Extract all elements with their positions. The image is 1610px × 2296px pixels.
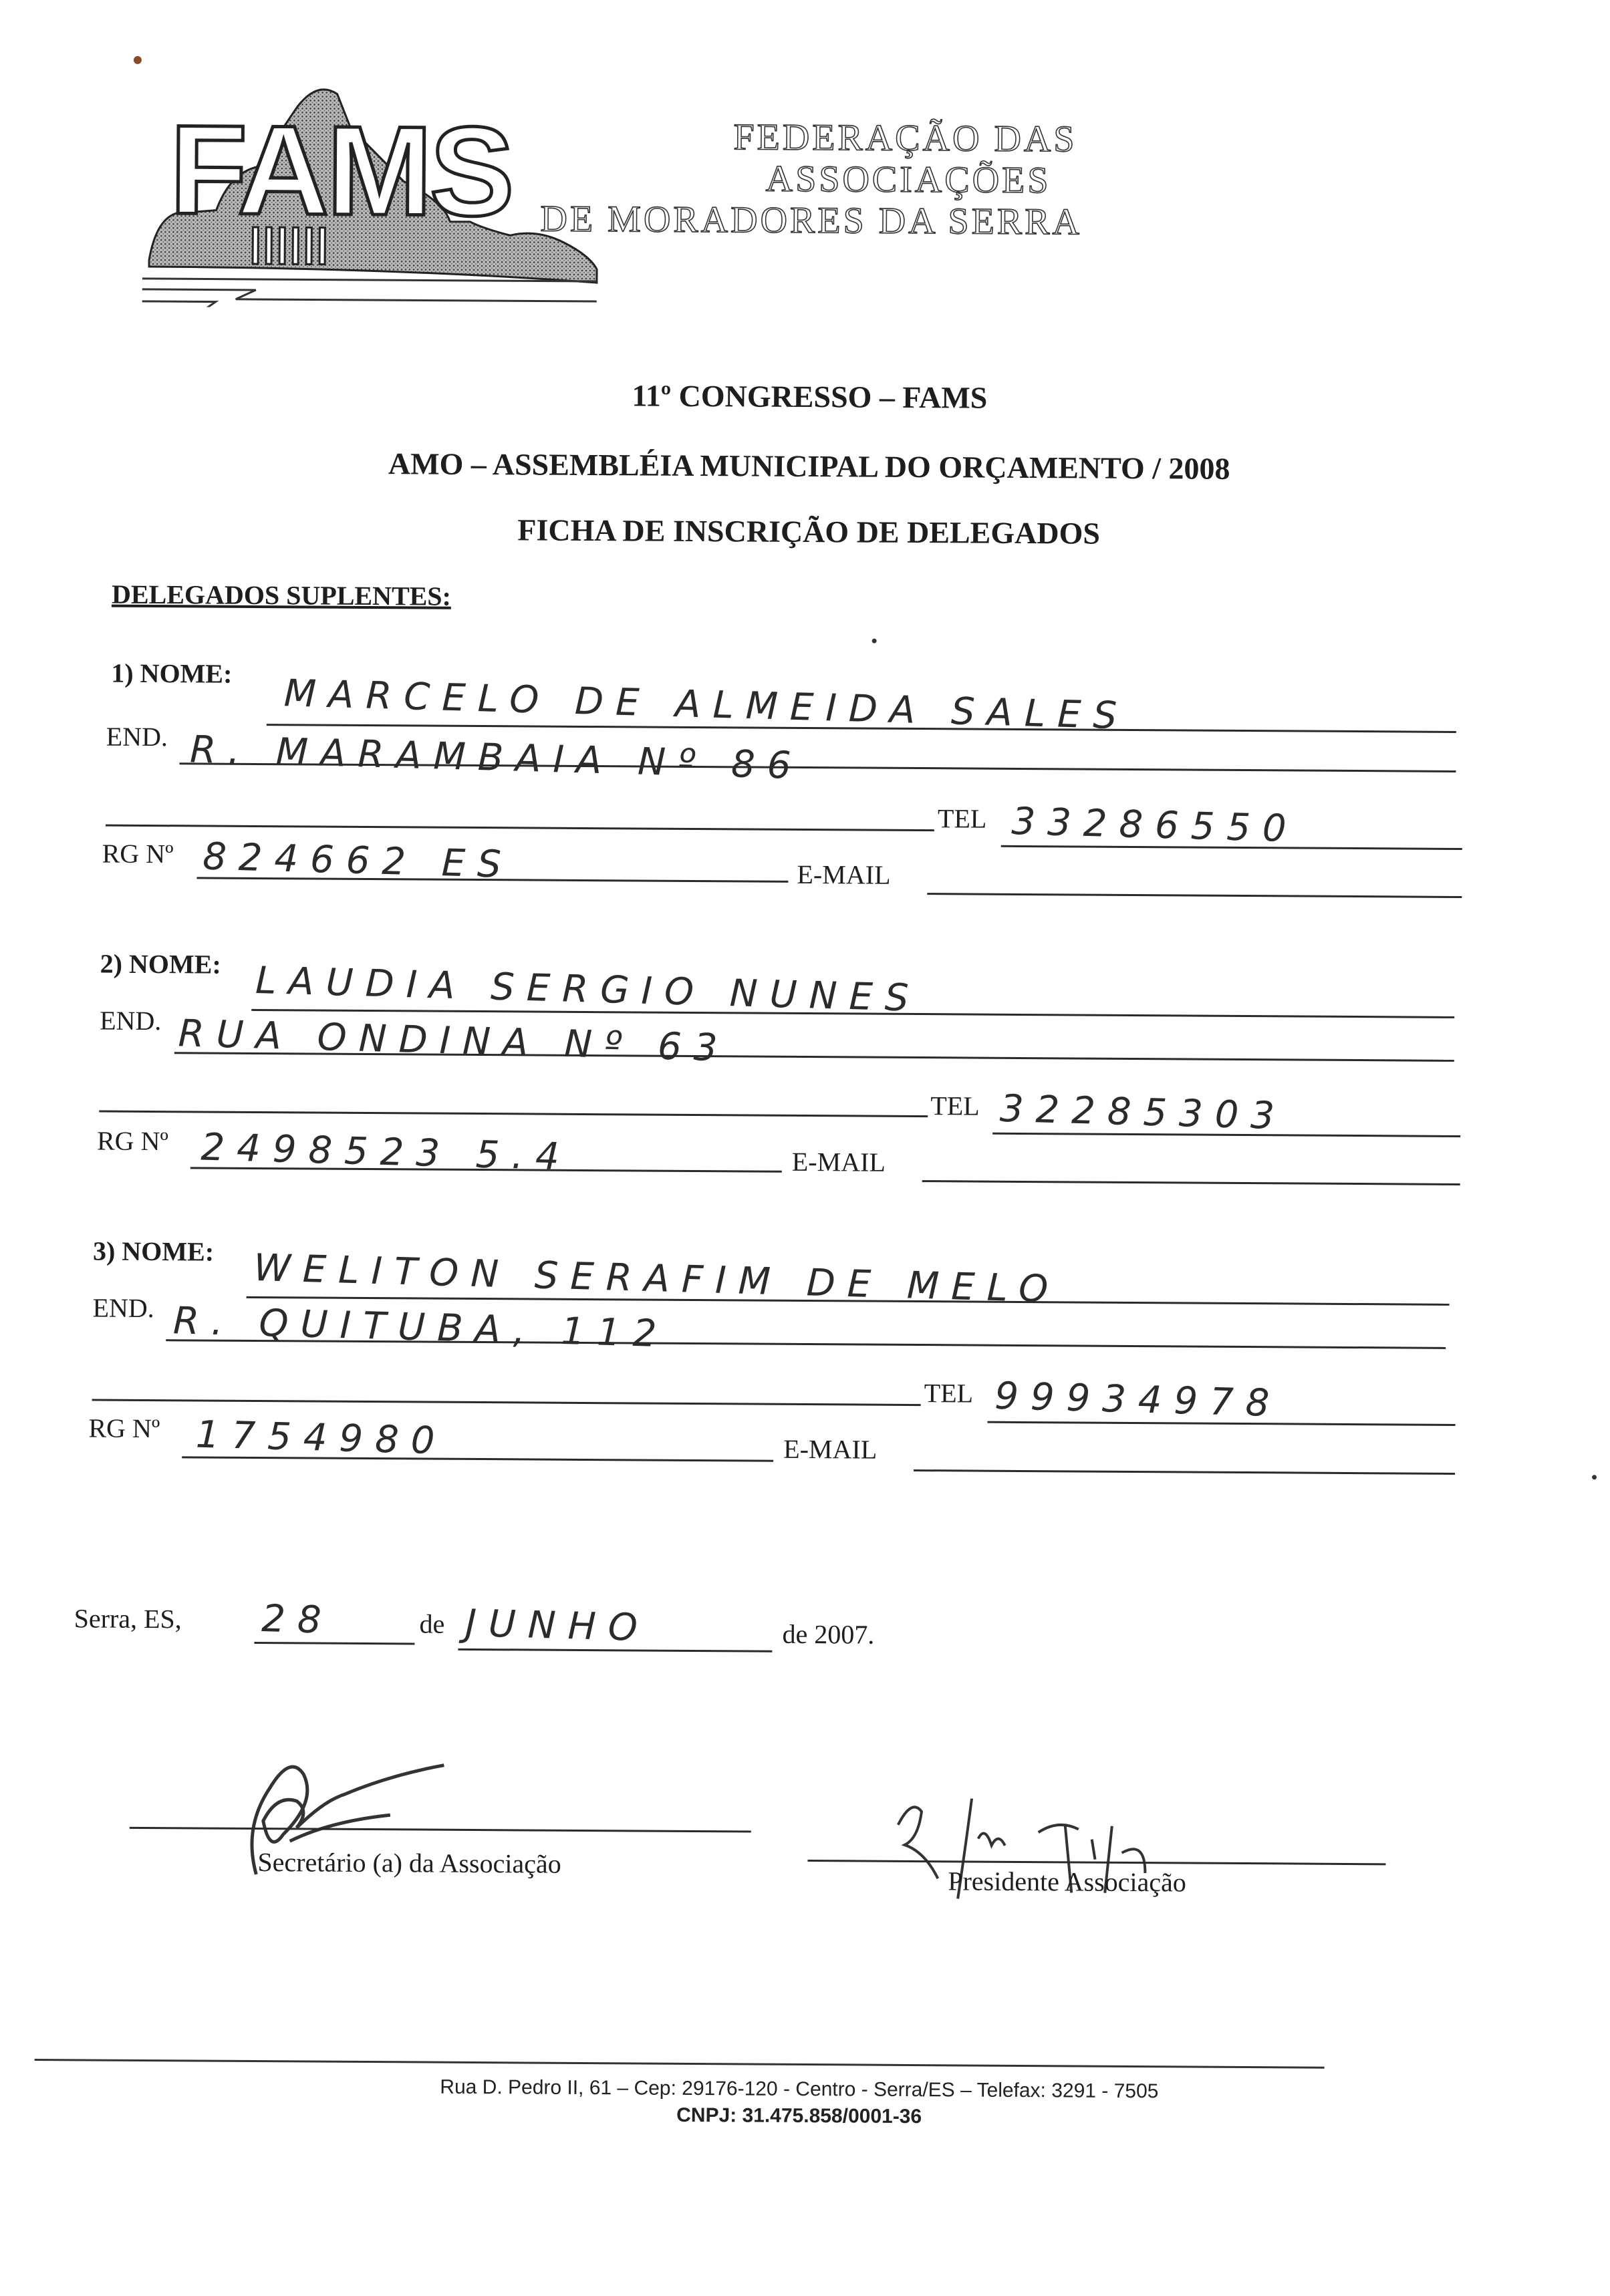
name-label: 3) NOME:: [93, 1235, 214, 1267]
tel-field[interactable]: 32285303: [999, 1087, 1287, 1139]
tel-label: TEL: [938, 803, 987, 834]
name-field[interactable]: WELITON SERAFIM DE MELO: [253, 1246, 1061, 1312]
footer-divider: [35, 2059, 1325, 2069]
address-field[interactable]: RUA ONDINA Nº 63: [178, 1012, 730, 1070]
scan-speck: [1592, 1475, 1597, 1479]
address-label: END.: [92, 1292, 154, 1324]
assembly-title: AMO – ASSEMBLÉIA MUNICIPAL DO ORÇAMENTO …: [4, 446, 1610, 487]
form-title: FICHA DE INSCRIÇÃO DE DELEGADOS: [4, 512, 1610, 553]
rg-field[interactable]: 1754980: [195, 1413, 447, 1463]
organization-name: FEDERAÇÃO DAS ASSOCIAÇÕES DE MORADORES D…: [593, 116, 1083, 243]
org-name-line: ASSOCIAÇÕES: [734, 158, 1083, 201]
date-line: Serra, ES, 28 de JUNHO de 2007.: [7, 0, 1610, 5]
address-field[interactable]: R. QUITUBA, 112: [172, 1299, 669, 1356]
date-prefix: Serra, ES,: [74, 1602, 182, 1634]
tel-label: TEL: [930, 1090, 980, 1121]
delegate-block-1: 1) NOME: MARCELO DE ALMEIDA SALES END. R…: [7, 0, 1610, 5]
address-field[interactable]: R. MARAMBAIA Nº 86: [189, 728, 803, 788]
address-line-2: [99, 1111, 928, 1118]
email-label: E-MAIL: [783, 1433, 877, 1465]
fams-logo: FAMS: [136, 66, 645, 323]
name-label: 1) NOME:: [111, 658, 232, 690]
registration-form-page: FAMS FEDERAÇÃO DAS ASSOCIAÇÕES DE MORADO…: [0, 0, 1610, 2296]
month-field[interactable]: JUNHO: [464, 1602, 650, 1650]
scan-speck: [872, 639, 877, 643]
rg-field[interactable]: 2498523 5.4: [200, 1125, 572, 1179]
rg-label: RG Nº: [102, 838, 174, 870]
document-titles: 11º CONGRESSO – FAMS AMO – ASSEMBLÉIA MU…: [5, 366, 1610, 376]
email-label: E-MAIL: [797, 859, 890, 891]
address-line-2: [92, 1399, 921, 1406]
rg-label: RG Nº: [88, 1412, 160, 1444]
email-field[interactable]: [914, 1469, 1455, 1475]
congress-title: 11º CONGRESSO – FAMS: [5, 377, 1610, 418]
signature-area: Secretário (a) da Associação Presidente …: [7, 0, 1610, 5]
email-field[interactable]: [922, 1180, 1460, 1185]
email-field[interactable]: [927, 893, 1462, 898]
secretary-label: Secretário (a) da Associação: [257, 1846, 561, 1880]
tel-field[interactable]: 99934978: [994, 1375, 1283, 1426]
address-line-2: [106, 825, 934, 832]
email-label: E-MAIL: [792, 1146, 886, 1178]
scan-speck: [134, 56, 142, 64]
rg-field[interactable]: 824662 ES: [202, 835, 513, 887]
tel-field[interactable]: 33286550: [1011, 800, 1299, 851]
address-label: END.: [106, 721, 168, 753]
section-heading: DELEGADOS SUPLENTES:: [112, 579, 451, 612]
delegate-block-3: 3) NOME: WELITON SERAFIM DE MELO END. R.…: [7, 0, 1610, 5]
day-field[interactable]: 28: [261, 1597, 333, 1642]
date-suffix: de 2007.: [782, 1618, 874, 1651]
address-label: END.: [100, 1005, 162, 1037]
name-label: 2) NOME:: [100, 948, 221, 980]
tel-label: TEL: [924, 1377, 974, 1409]
org-name-line: FEDERAÇÃO DAS: [728, 116, 1083, 160]
footer-cnpj: CNPJ: 31.475.858/0001-36: [0, 2100, 1604, 2133]
org-name-line: DE MORADORES DA SERRA: [540, 198, 1082, 243]
day-line: [254, 1642, 414, 1644]
president-label: Presidente Associação: [948, 1865, 1186, 1898]
rg-label: RG Nº: [97, 1125, 168, 1157]
date-de-label: de: [419, 1608, 444, 1639]
delegate-block-2: 2) NOME: LAUDIA SERGIO NUNES END. RUA ON…: [7, 0, 1610, 5]
logo-text: FAMS: [169, 106, 512, 235]
